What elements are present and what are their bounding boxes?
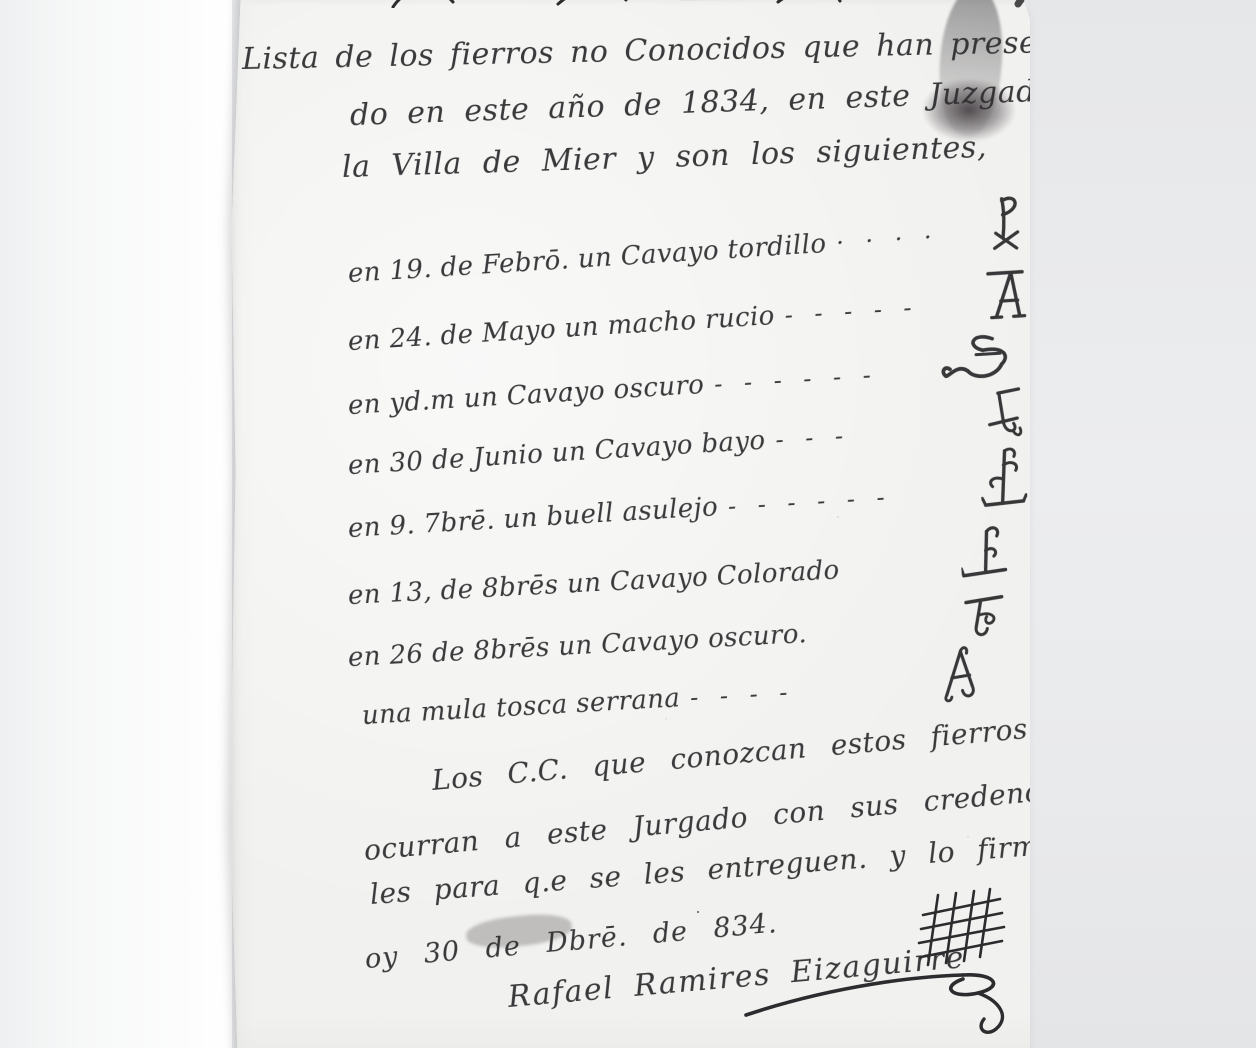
entry-leader-dashes: - - - - - [774, 289, 988, 330]
brand-a-overbar-icon [985, 265, 1028, 323]
brand-curled-f-icon [961, 590, 1008, 644]
entry-text: en 9. 7brē. un buell asulejo [347, 492, 719, 544]
ink-speck [568, 387, 572, 391]
entry-text: una mula tosca serrana [361, 683, 681, 731]
photo-background-left [0, 0, 232, 1048]
signature-rubric-icon [738, 887, 1030, 1047]
top-edge-remnant-strokes-icon [378, 0, 1030, 8]
brand-hooked-f-icon [980, 386, 1028, 451]
entry-text: en 13, de 8brēs un Cavayo Colorado [347, 555, 840, 611]
entry-leader-dashes: · · · · [825, 220, 991, 258]
heading-line: Lista de los fierros no Conocidos que ha… [242, 24, 1030, 77]
brand-a-flourish-icon [937, 643, 982, 705]
heading-line: la Villa de Mier y son los siguientes, [341, 130, 987, 185]
manuscript-photo: Lista de los fierros no Conocidos que ha… [0, 0, 1256, 1048]
entry-text: en 24. de Mayo un macho rucio [347, 301, 776, 357]
brand-p-cross-icon [988, 194, 1028, 254]
entry-leader-dashes: - - - [765, 413, 984, 454]
entry-leader-dashes: - - - - - - [717, 477, 982, 521]
entry-text: en yd.m un Cavayo oscuro [347, 370, 705, 421]
entry-leader-dashes: - - - - [679, 670, 940, 712]
entry-text: en 19. de Febrō. un Cavayo tordillo [347, 229, 827, 289]
entry-leader-dashes: - - - - - - [703, 357, 939, 399]
brand-t-cross-icon [959, 525, 1008, 585]
brand-script-e-icon [937, 331, 1028, 390]
photo-background-right [1028, 0, 1256, 1048]
entry-leader-dashes [840, 564, 962, 570]
brand-branched-cross-icon [978, 447, 1028, 518]
paper-sheet-wrap: Lista de los fierros no Conocidos que ha… [228, 0, 1030, 1048]
entry-leader-dashes [807, 626, 963, 634]
entry-text: en 30 de Junio un Cavayo bayo [347, 425, 766, 480]
manuscript-page: Lista de los fierros no Conocidos que ha… [228, 0, 1030, 1048]
